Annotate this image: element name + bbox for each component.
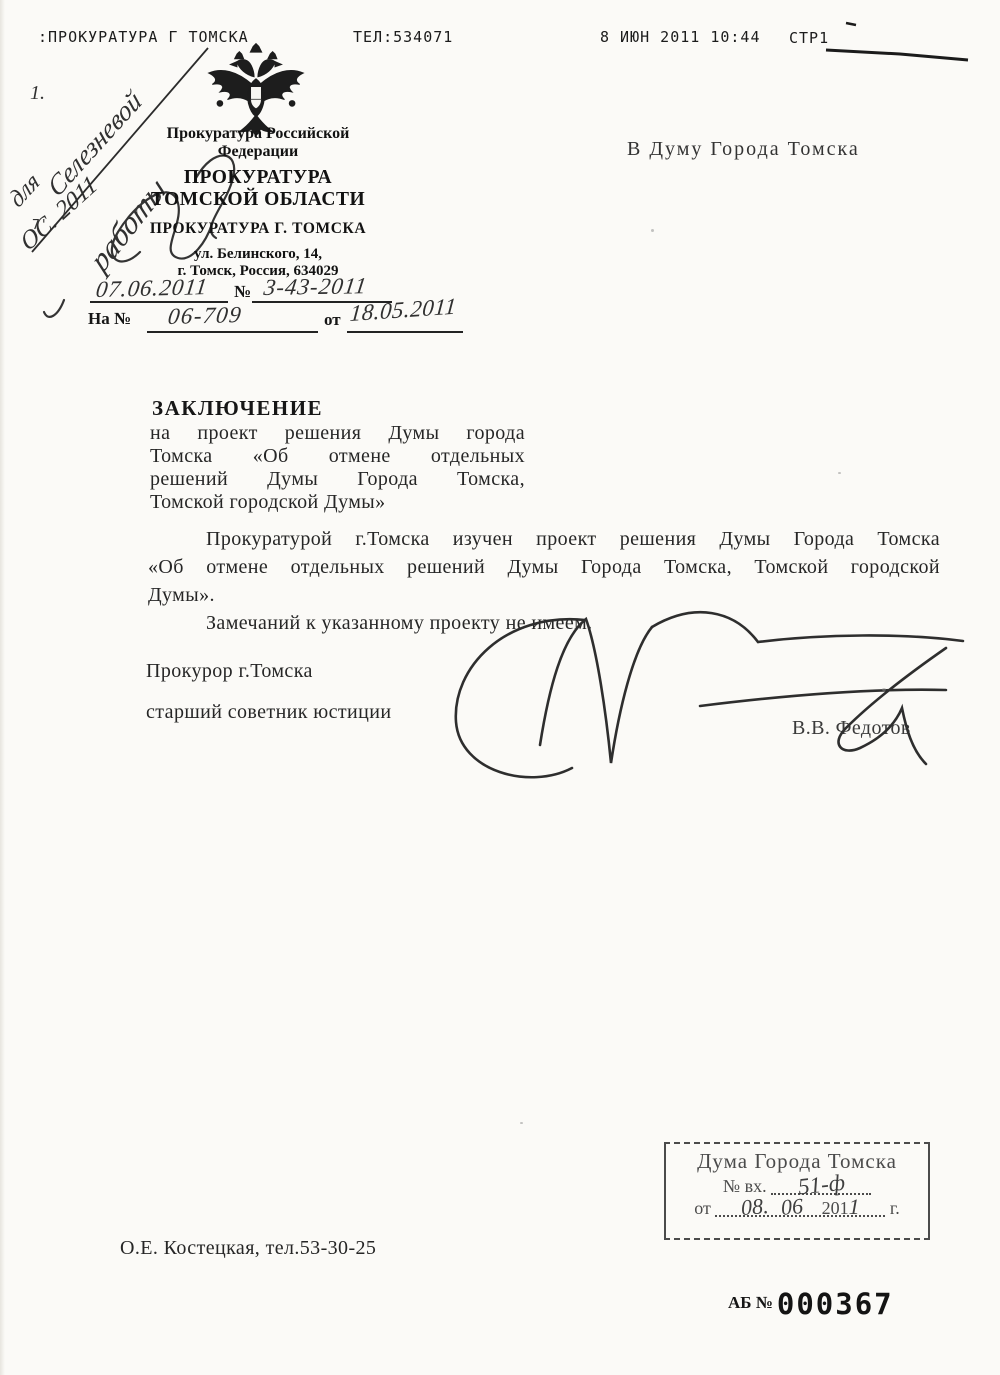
stamp-date-year-handwritten: 1: [849, 1200, 860, 1214]
scanned-letter-page: :ПРОКУРАТУРА Г ТОМСКА ТЕЛ:534071 8 ИЮН 2…: [0, 0, 1000, 1375]
form-series-label: АБ №: [728, 1293, 773, 1312]
incoming-stamp: Дума Города Томска № вх. 51-ф от 08. 06 …: [664, 1142, 930, 1240]
scan-speck: [651, 229, 654, 232]
stamp-date-suffix: г.: [890, 1198, 900, 1218]
stamp-date-day-handwritten: 08.: [741, 1199, 769, 1215]
scan-speck: [882, 688, 886, 691]
stamp-date-month-handwritten: 06: [781, 1199, 804, 1215]
signature-scribble: [0, 0, 1000, 850]
form-number-digits: 000367: [777, 1287, 894, 1321]
contact-footer: О.Е. Костецкая, тел.53-30-25: [120, 1237, 376, 1260]
scan-speck: [838, 472, 841, 474]
form-serial-number: АБ № 000367: [728, 1287, 894, 1321]
scan-speck: [520, 1122, 523, 1124]
stamp-date-label: от: [694, 1198, 711, 1218]
stamp-in-number-handwritten: 51-ф: [797, 1176, 845, 1195]
stamp-date-year-printed: 201: [822, 1198, 849, 1218]
stamp-org-name: Дума Города Томска: [666, 1149, 928, 1174]
